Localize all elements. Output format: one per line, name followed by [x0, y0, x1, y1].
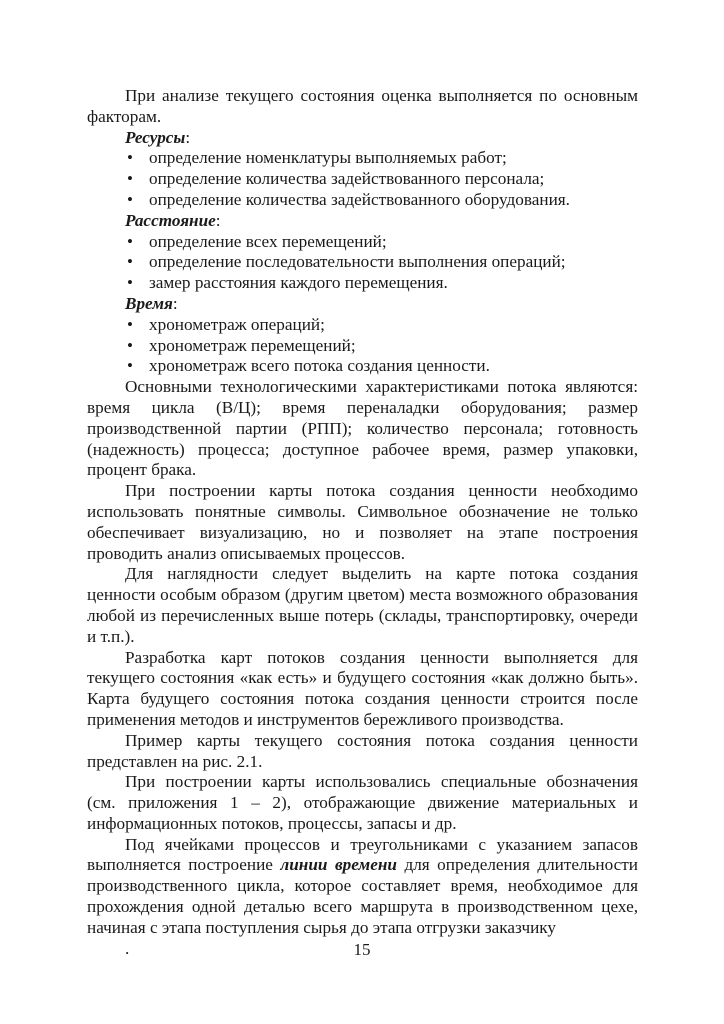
section-distance: Расстояние: определение всех перемещений…: [87, 211, 638, 294]
section-heading: Расстояние:: [125, 211, 638, 232]
paragraph: Основными технологическими характеристик…: [87, 377, 638, 481]
paragraph: Разработка карт потоков создания ценност…: [87, 648, 638, 731]
list-item: хронометраж всего потока создания ценнос…: [129, 356, 638, 377]
list-item: определение номенклатуры выполняемых раб…: [129, 148, 638, 169]
paragraph: Пример карты текущего состояния потока с…: [87, 731, 638, 773]
bullet-list: хронометраж операций; хронометраж переме…: [87, 315, 638, 377]
timeline-paragraph: Под ячейками процессов и треугольниками …: [87, 835, 638, 939]
emphasis-term: линии времени: [280, 855, 397, 874]
list-item: определение количества задействованного …: [129, 169, 638, 190]
list-item: хронометраж перемещений;: [129, 336, 638, 357]
section-heading: Время:: [125, 294, 638, 315]
list-item: определение последовательности выполнени…: [129, 252, 638, 273]
paragraph: Для наглядности следует выделить на карт…: [87, 564, 638, 647]
list-item: замер расстояния каждого перемещения.: [129, 273, 638, 294]
list-item: определение количества задействованного …: [129, 190, 638, 211]
section-heading: Ресурсы:: [125, 128, 638, 149]
section-resources: Ресурсы: определение номенклатуры выполн…: [87, 128, 638, 211]
paragraph: При построении карты использовались спец…: [87, 772, 638, 834]
list-item: хронометраж операций;: [129, 315, 638, 336]
section-time: Время: хронометраж операций; хронометраж…: [87, 294, 638, 377]
bullet-list: определение номенклатуры выполняемых раб…: [87, 148, 638, 210]
intro-paragraph: При анализе текущего состояния оценка вы…: [87, 86, 638, 128]
bullet-list: определение всех перемещений; определени…: [87, 232, 638, 294]
document-page: При анализе текущего состояния оценка вы…: [87, 86, 638, 959]
list-item: определение всех перемещений;: [129, 232, 638, 253]
page-number: 15: [0, 940, 724, 960]
paragraph: При построении карты потока создания цен…: [87, 481, 638, 564]
